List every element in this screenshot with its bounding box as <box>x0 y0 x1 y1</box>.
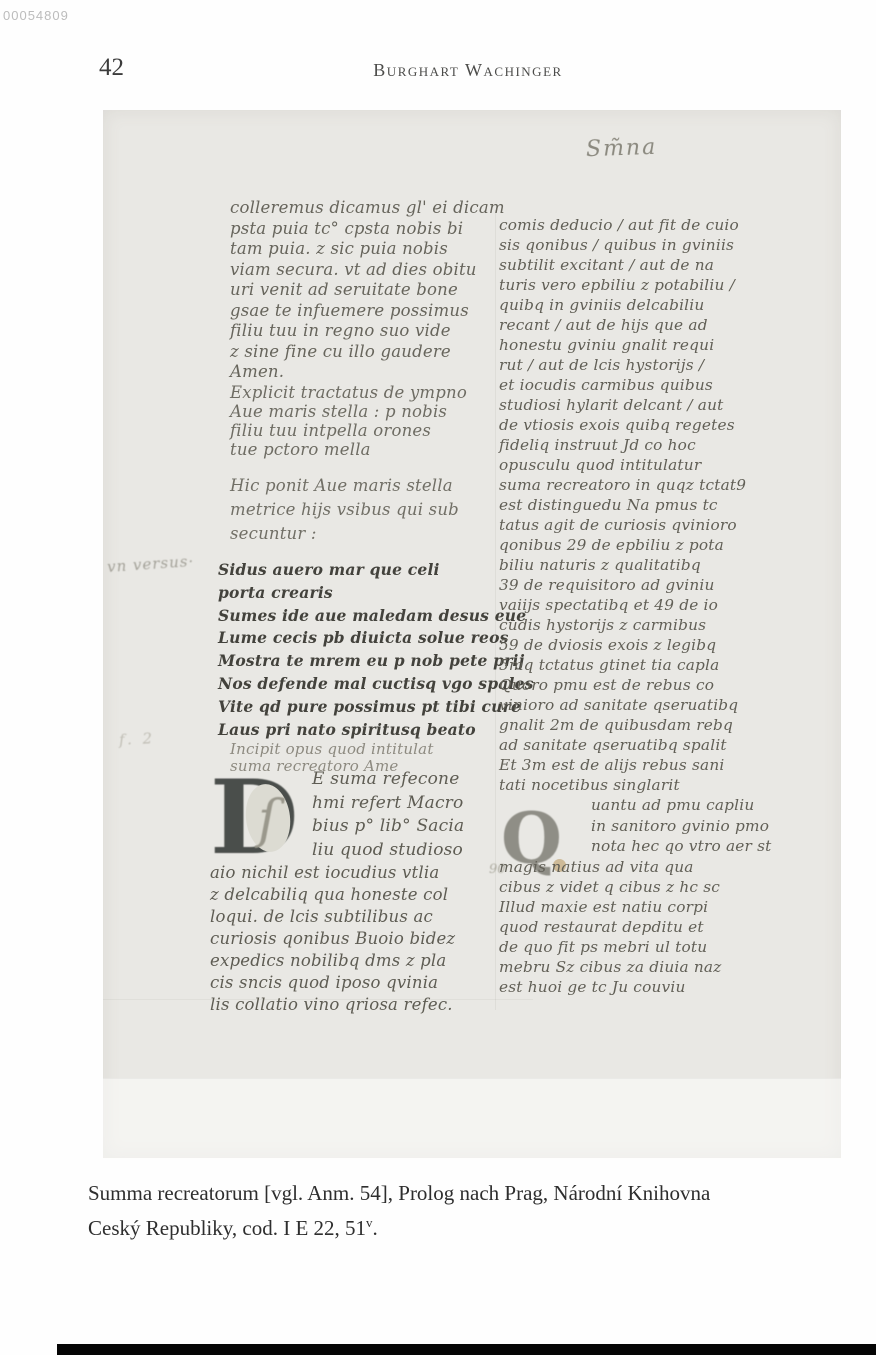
manuscript-text-line: tam puia. z sic puia nobis <box>230 239 505 260</box>
manuscript-text-line: gsae te infuemere possimus <box>230 301 505 322</box>
manuscript-text-line: Illud maxie est natiu corpi <box>499 897 829 917</box>
manuscript-text-line: suma recreatoro in quqz tctat9 <box>499 475 746 495</box>
manuscript-text-line: quod restaurat depditu et <box>499 917 829 937</box>
verse-block: Sidus auero mar que celiporta crearisSum… <box>218 559 534 741</box>
manuscript-text-line: Sumes ide aue maledam desus eue <box>218 605 534 628</box>
manuscript-text-line: filiu tuu in regno suo vide <box>230 321 505 342</box>
running-header: Burghart Wachinger <box>268 60 668 81</box>
manuscript-text-line: rut / aut de lcis hystorijs / <box>499 355 746 375</box>
manuscript-text-line: cibus z videt q cibus z hc sc <box>499 877 829 897</box>
opening-paragraph: D ſ E suma refeconehmi refert Macrobius … <box>210 768 510 1016</box>
manuscript-text-line: tati nocetibus singlarit <box>499 775 746 795</box>
manuscript-text-line: filiu tuu intpella orones <box>230 421 467 440</box>
manuscript-text-line: opusculu quod intitulatur <box>499 455 746 475</box>
manuscript-text-line: hmi refert Macro <box>210 792 510 816</box>
caption-line2: Ceský Republiky, cod. I E 22, 51 <box>88 1216 366 1240</box>
manuscript-text-line: honestu gviniu gnalit requi <box>499 335 746 355</box>
caption-period: . <box>373 1216 378 1240</box>
text-beside-initial: uantu ad pmu capliuin sanitoro gvinio pm… <box>499 795 829 857</box>
manuscript-text-line: aio nichil est iocudius vtlia <box>210 862 510 884</box>
manuscript-text-line: psta puia tc° cpsta nobis bi <box>230 219 505 240</box>
manuscript-text-line: vaiijs spectatibq et 49 de io <box>499 595 746 615</box>
manuscript-text-line: Vite qd pure possimus pt tibi cure <box>218 696 534 719</box>
prayer-block: colleremus dicamus gl' ei dicampsta puia… <box>230 198 505 383</box>
manuscript-text-line: z delcabiliq qua honeste col <box>210 884 510 906</box>
figure-caption: Summa recreatorum [vgl. Anm. 54], Prolog… <box>88 1178 836 1243</box>
manuscript-text-line: Laus pri nato spiritusq beato <box>218 719 534 742</box>
manuscript-text-line: Sidus auero mar que celi <box>218 559 534 582</box>
manuscript-text-line: Lume cecis pb diuicta solue reos <box>218 627 534 650</box>
text-below-initial: aio nichil est iocudius vtliaz delcabili… <box>210 862 510 1016</box>
photo-bottom-strip <box>103 1078 841 1159</box>
manuscript-text-line: ad sanitate qseruatibq spalit <box>499 735 746 755</box>
quantum-paragraph: Q uantu ad pmu capliuin sanitoro gvinio … <box>499 795 829 997</box>
manuscript-text-line: comis deducio / aut fit de cuio <box>499 215 746 235</box>
manuscript-text-line: de quo fit ps mebri ul totu <box>499 937 829 957</box>
manuscript-text-line: fideliq instruut Jd co hoc <box>499 435 746 455</box>
manuscript-text-line: Quoro pmu est de rebus co <box>499 675 746 695</box>
manuscript-text-line: z sine fine cu illo gaudere <box>230 342 505 363</box>
manuscript-text-line: loqui. de lcis subtilibus ac <box>210 906 510 928</box>
manuscript-text-line: recant / aut de hijs que ad <box>499 315 746 335</box>
manuscript-text-line: qonibus 29 de epbiliu z pota <box>499 535 746 555</box>
manuscript-text-line: porta crearis <box>218 582 534 605</box>
manuscript-running-title: Sm̃na <box>586 135 658 162</box>
manuscript-text-line: tatus agit de curiosis qvinioro <box>499 515 746 535</box>
manuscript-text-line: sis qonibus / quibus in gviniis <box>499 235 746 255</box>
manuscript-text-line: quibq in gviniis delcabiliu <box>499 295 746 315</box>
manuscript-text-line: Hic ponit Aue maris stella <box>230 474 459 498</box>
manuscript-text-line: secuntur : <box>230 522 459 546</box>
manuscript-text-line: curiosis qonibus Buoio bidez <box>210 928 510 950</box>
manuscript-text-line: Et 3m est de alijs rebus sani <box>499 755 746 775</box>
manuscript-text-line: mebru Sz cibus za diuia naz <box>499 957 829 977</box>
manuscript-text-line: gnalit 2m de quibusdam rebq <box>499 715 746 735</box>
manuscript-text-line: Mostra te mrem eu p nob pete prij <box>218 650 534 673</box>
manuscript-text-line: studiosi hylarit delcant / aut <box>499 395 746 415</box>
manuscript-text-line: 39 de requisitoro ad gviniu <box>499 575 746 595</box>
manuscript-text-line: nota hec qo vtro aer st <box>499 836 829 857</box>
text-below-initial: magis natius ad vita quacibus z videt q … <box>499 857 829 997</box>
scan-edge-black-bar <box>57 1344 876 1355</box>
text-beside-initial: E suma refeconehmi refert Macrobius p° l… <box>210 768 510 862</box>
manuscript-text-line: Aue maris stella : p nobis <box>230 402 467 421</box>
manuscript-text-line: Amen. <box>230 362 505 383</box>
scan-number: 00054809 <box>3 8 69 23</box>
manuscript-text-line: turis vero epbiliu z potabiliu / <box>499 275 746 295</box>
right-column-text: comis deducio / aut fit de cuiosis qonib… <box>499 215 746 795</box>
manuscript-text-line: in sanitoro gvinio pmo <box>499 816 829 837</box>
manuscript-text-line: cis sncis quod iposo qvinia <box>210 972 510 994</box>
manuscript-text-line: uri venit ad seruitate bone <box>230 280 505 301</box>
manuscript-text-line: Nos defende mal cuctisq vgo spales <box>218 673 534 696</box>
manuscript-text-line: expedics nobilibq dms z pla <box>210 950 510 972</box>
manuscript-text-line: bius p° lib° Sacia <box>210 815 510 839</box>
manuscript-text-line: cudis hystorijs z carmibus <box>499 615 746 635</box>
book-page: 00054809 42 Burghart Wachinger Sm̃na vn … <box>0 0 876 1355</box>
manuscript-text-line: magis natius ad vita qua <box>499 857 829 877</box>
manuscript-text-line: viam secura. vt ad dies obitu <box>230 260 505 281</box>
manuscript-text-line: subtilit excitant / aut de na <box>499 255 746 275</box>
explicit-block: Explicit tractatus de ympnoAue maris ste… <box>230 383 467 459</box>
manuscript-text-line: colleremus dicamus gl' ei dicam <box>230 198 505 219</box>
manuscript-text-line: de vtiosis exois quibq regetes <box>499 415 746 435</box>
manuscript-text-line: et iocudis carmibus quibus <box>499 375 746 395</box>
manuscript-text-line: metrice hijs vsibus qui sub <box>230 498 459 522</box>
manuscript-text-line: est distinguedu Na pmus tc <box>499 495 746 515</box>
page-number: 42 <box>99 54 124 82</box>
caption-line1: Summa recreatorum [vgl. Anm. 54], Prolog… <box>88 1181 710 1205</box>
manuscript-text-line: lis collatio vino qriosa refec. <box>210 994 510 1016</box>
margin-note-pencil: f. 2 <box>119 729 156 749</box>
manuscript-text-line: Explicit tractatus de ympno <box>230 383 467 402</box>
manuscript-text-line: liu quod studioso <box>210 839 510 863</box>
manuscript-text-line: 59 de dviosis exois z legibq <box>499 635 746 655</box>
manuscript-text-line: est huoi ge tc Ju couviu <box>499 977 829 997</box>
hic-ponit-block: Hic ponit Aue maris stellametrice hijs v… <box>230 474 459 546</box>
manuscript-text-line: vinioro ad sanitate qseruatibq <box>499 695 746 715</box>
manuscript-text-line: tue pctoro mella <box>230 440 467 459</box>
manuscript-text-line: E suma refecone <box>210 768 510 792</box>
manuscript-text-line: biliu naturis z qualitatibq <box>499 555 746 575</box>
manuscript-text-line: uantu ad pmu capliu <box>499 795 829 816</box>
manuscript-text-line: Incipit opus quod intitulat <box>230 741 434 758</box>
manuscript-text-line: 5mq tctatus gtinet tia capla <box>499 655 746 675</box>
manuscript-facsimile: Sm̃na vn versus· f. 2 90 colleremus dica… <box>103 110 841 1158</box>
margin-note-versus: vn versus· <box>106 552 194 576</box>
